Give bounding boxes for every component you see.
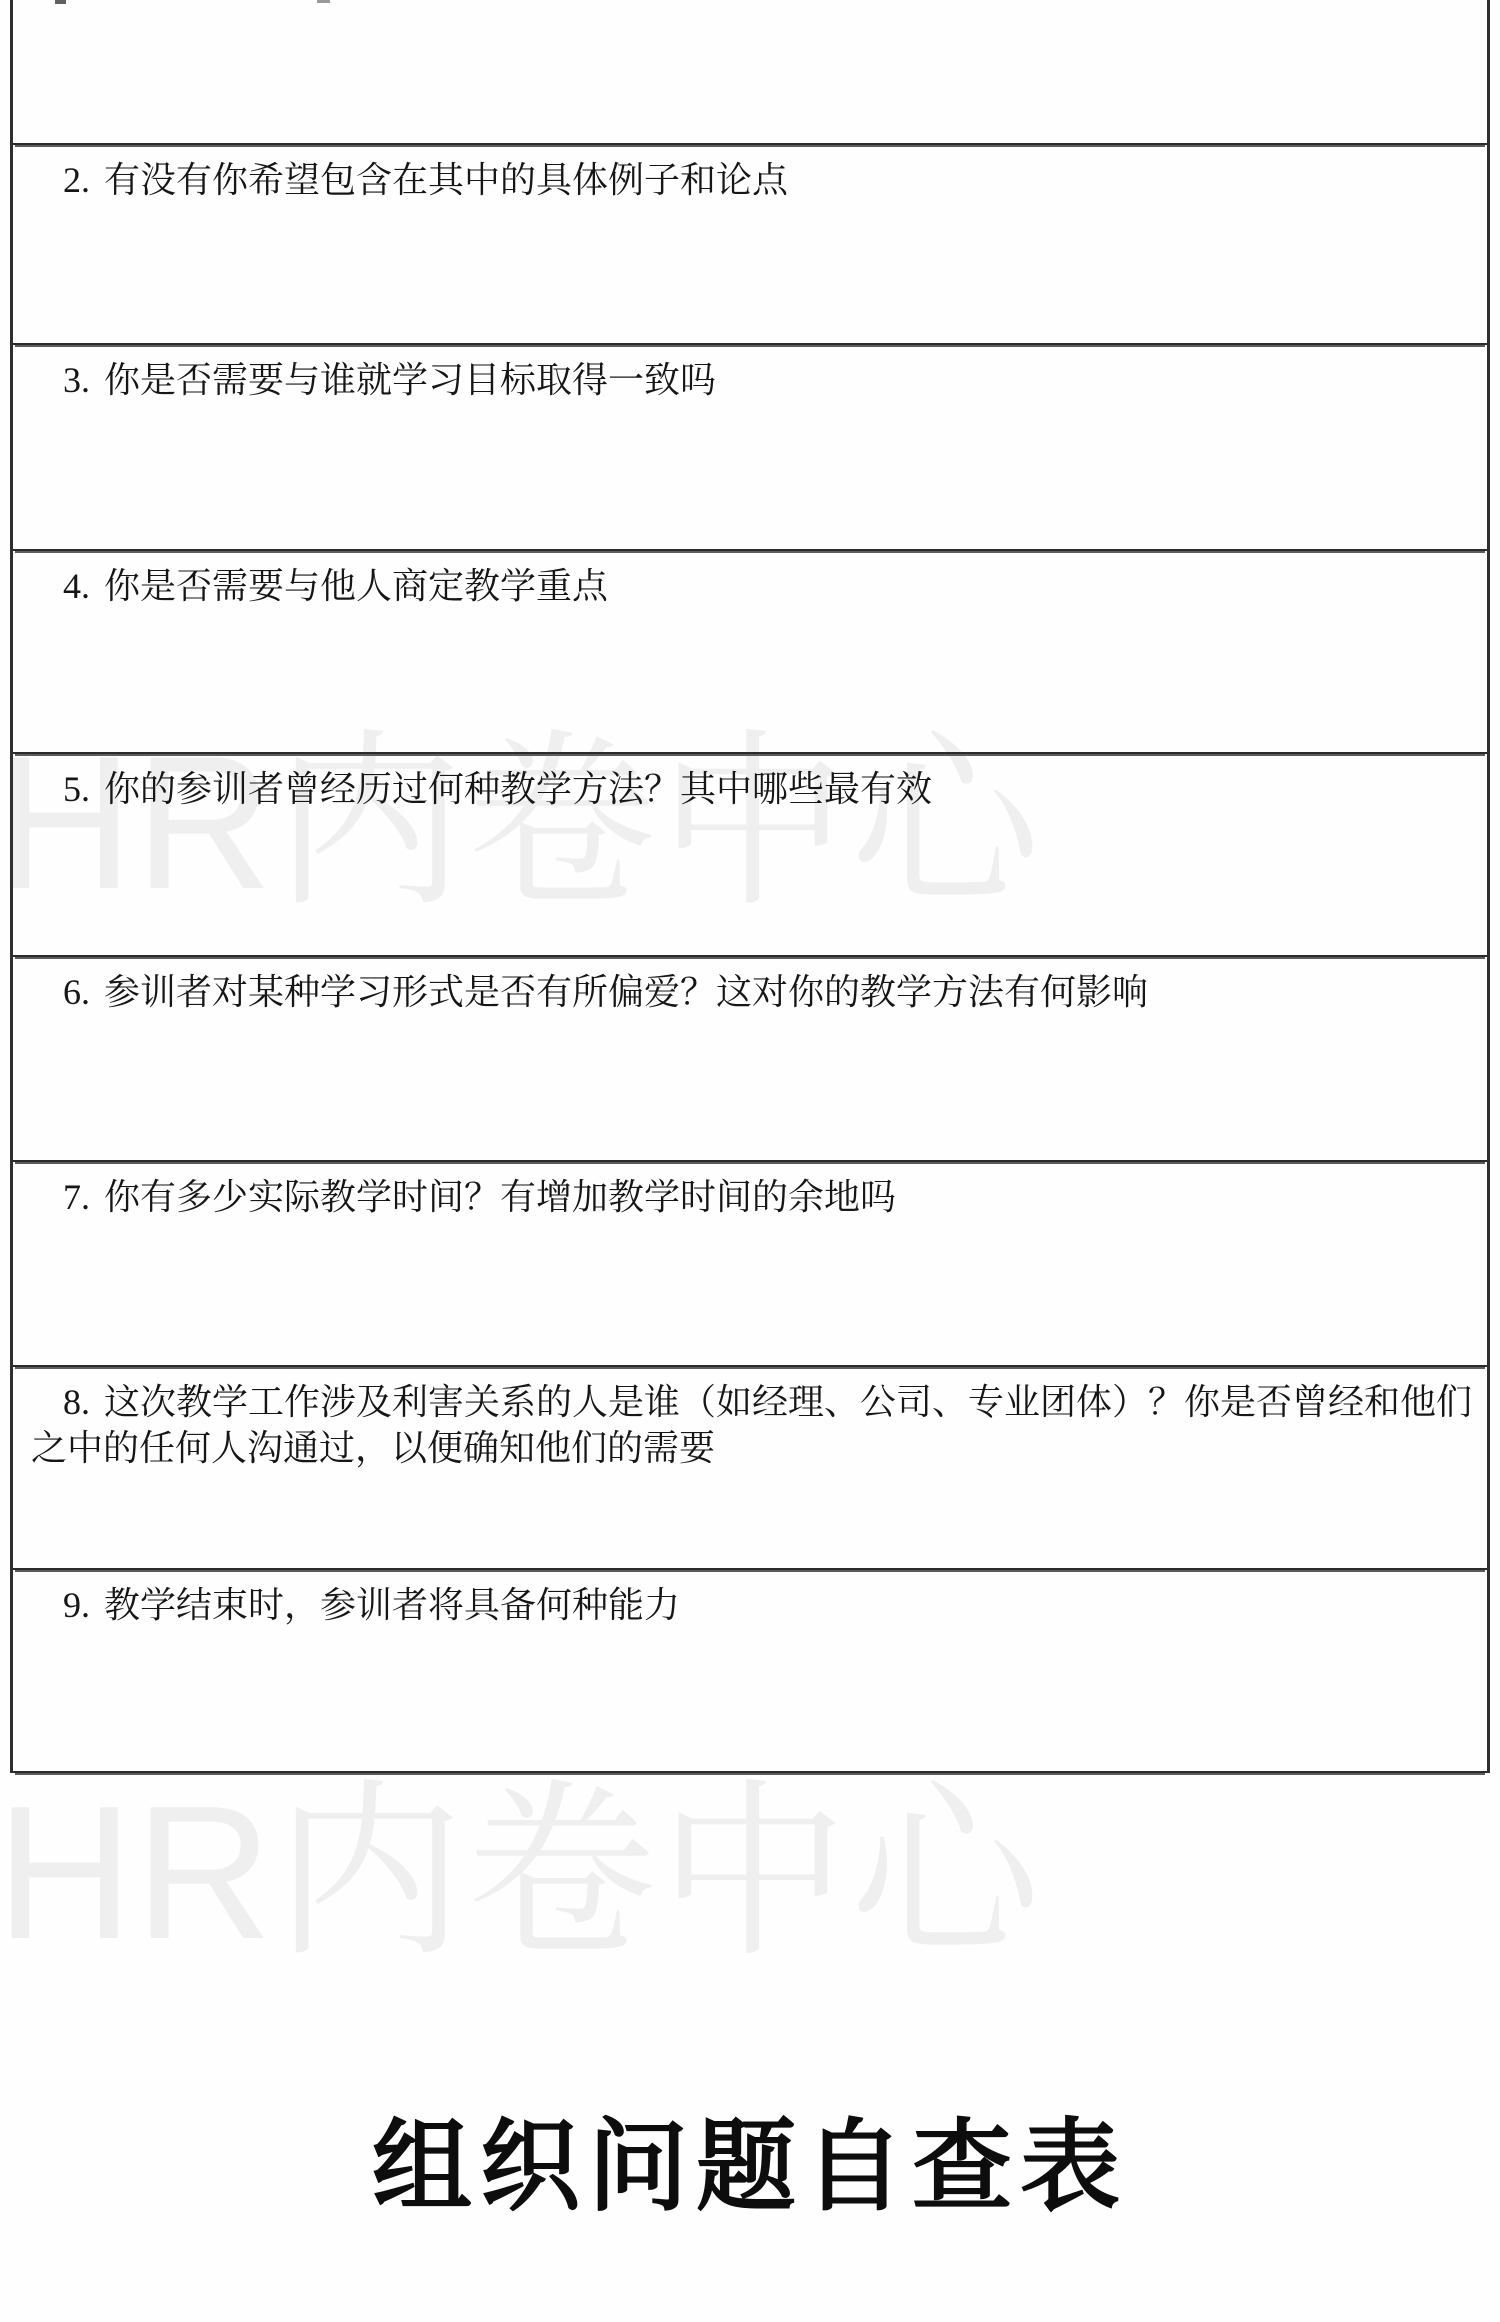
question-row-cutoff [13, 0, 1487, 145]
question-body: 参训者对某种学习形式是否有所偏爱？这对你的教学方法有何影响 [104, 972, 1148, 1012]
question-row: 8.这次教学工作涉及利害关系的人是谁（如经理、公司、专业团体）？你是否曾经和他们… [13, 1367, 1487, 1570]
question-body: 你是否需要与谁就学习目标取得一致吗 [104, 360, 716, 400]
questions-table: 2.有没有你希望包含在其中的具体例子和论点 3.你是否需要与谁就学习目标取得一致… [10, 0, 1490, 1773]
question-row: 4.你是否需要与他人商定教学重点 [13, 551, 1487, 754]
question-number: 8. [63, 1382, 90, 1422]
question-text: 7.你有多少实际教学时间？有增加教学时间的余地吗 [13, 1162, 1487, 1220]
question-text: 4.你是否需要与他人商定教学重点 [13, 551, 1487, 609]
question-row: 6.参训者对某种学习形式是否有所偏爱？这对你的教学方法有何影响 [13, 957, 1487, 1162]
question-body: 这次教学工作涉及利害关系的人是谁（如经理、公司、专业团体）？你是否曾经和他们之中… [31, 1382, 1472, 1468]
question-body: 教学结束时，参训者将具备何种能力 [104, 1585, 680, 1625]
question-number: 2. [63, 160, 90, 200]
question-row: 9.教学结束时，参训者将具备何种能力 [13, 1570, 1487, 1773]
question-number: 5. [63, 769, 90, 809]
document-title: 组织问题自查表 [0, 2108, 1500, 2228]
question-text: 5.你的参训者曾经历过何种教学方法？其中哪些最有效 [13, 754, 1487, 812]
question-number: 6. [63, 972, 90, 1012]
question-number: 7. [63, 1177, 90, 1217]
question-number: 4. [63, 566, 90, 606]
watermark-text: HR内卷中心 [0, 1778, 1042, 1968]
question-number: 3. [63, 360, 90, 400]
question-body: 你有多少实际教学时间？有增加教学时间的余地吗 [104, 1177, 896, 1217]
question-row: 3.你是否需要与谁就学习目标取得一致吗 [13, 345, 1487, 551]
question-row: 2.有没有你希望包含在其中的具体例子和论点 [13, 145, 1487, 345]
question-text: 2.有没有你希望包含在其中的具体例子和论点 [13, 145, 1487, 203]
question-text: 3.你是否需要与谁就学习目标取得一致吗 [13, 345, 1487, 403]
question-body: 你是否需要与他人商定教学重点 [104, 566, 608, 606]
question-row: 5.你的参训者曾经历过何种教学方法？其中哪些最有效 [13, 754, 1487, 957]
question-text: 9.教学结束时，参训者将具备何种能力 [13, 1570, 1487, 1628]
document-page: HR内卷中心 HR内卷中心 2.有没有你希望包含在其中的具体例子和论点 3.你是… [0, 0, 1500, 2322]
question-body: 你的参训者曾经历过何种教学方法？其中哪些最有效 [104, 769, 932, 809]
question-number: 9. [63, 1585, 90, 1625]
question-body: 有没有你希望包含在其中的具体例子和论点 [104, 160, 788, 200]
question-text: 6.参训者对某种学习形式是否有所偏爱？这对你的教学方法有何影响 [13, 957, 1487, 1015]
question-row: 7.你有多少实际教学时间？有增加教学时间的余地吗 [13, 1162, 1487, 1367]
question-text: 8.这次教学工作涉及利害关系的人是谁（如经理、公司、专业团体）？你是否曾经和他们… [13, 1367, 1487, 1471]
